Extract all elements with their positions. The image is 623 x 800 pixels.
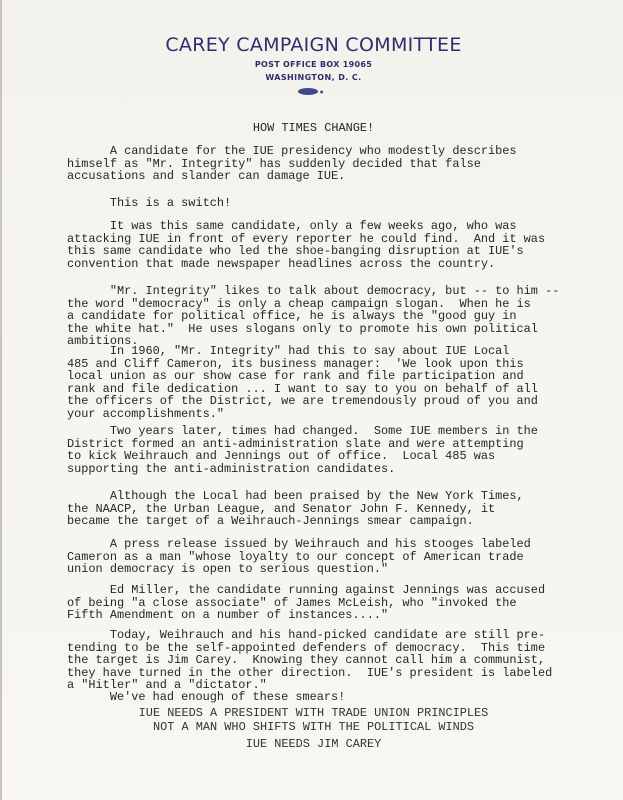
union-bug-oval	[298, 88, 318, 95]
paragraph-enough: We've had enough of these smears!	[67, 691, 567, 704]
paragraph-today: Today, Weihrauch and his hand-picked can…	[67, 629, 567, 692]
closing-line-2: NOT A MAN WHO SHIFTS WITH THE POLITICAL …	[2, 721, 623, 734]
letterhead-title: CAREY CAMPAIGN COMMITTEE	[2, 34, 623, 56]
closing-line-3: IUE NEEDS JIM CAREY	[2, 738, 623, 751]
letterhead-city: WASHINGTON, D. C.	[2, 73, 623, 82]
document-page: CAREY CAMPAIGN COMMITTEE POST OFFICE BOX…	[0, 0, 623, 800]
paragraph-praised: Although the Local had been praised by t…	[67, 490, 567, 528]
closing-line-1: IUE NEEDS A PRESIDENT WITH TRADE UNION P…	[2, 707, 623, 720]
paragraph-press-release: A press release issued by Weihrauch and …	[67, 538, 567, 576]
paragraph-democracy: "Mr. Integrity" likes to talk about demo…	[67, 285, 567, 348]
union-bug-icon: ●	[298, 88, 320, 95]
paragraph-attacking: It was this same candidate, only a few w…	[67, 220, 567, 270]
paragraph-ed-miller: Ed Miller, the candidate running against…	[67, 584, 567, 622]
paragraph-two-years: Two years later, times had changed. Some…	[67, 425, 567, 475]
union-bug-mark: ●	[320, 89, 324, 94]
document-headline: HOW TIMES CHANGE!	[2, 122, 623, 135]
paragraph-1960: In 1960, "Mr. Integrity" had this to say…	[67, 345, 567, 421]
paragraph-intro: A candidate for the IUE presidency who m…	[67, 145, 567, 183]
letterhead-po-box: POST OFFICE BOX 19065	[2, 60, 623, 69]
paragraph-switch: This is a switch!	[67, 197, 567, 210]
